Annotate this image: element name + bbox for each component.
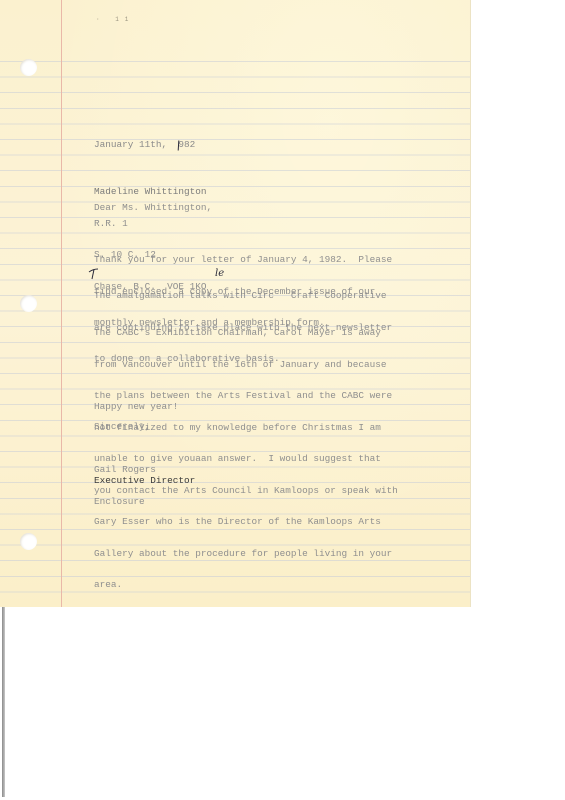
letter-body: January 11th, 1982 Madeline Whittington … bbox=[94, 0, 414, 200]
handwritten-digit-icon bbox=[177, 140, 180, 151]
paragraph-line: Thank you for your letter of January 4, … bbox=[94, 255, 392, 266]
enclosure-note: Enclosure bbox=[94, 497, 145, 508]
signer-title: Executive Director bbox=[94, 476, 195, 487]
paragraph-line: unable to give youaan answer. I would su… bbox=[94, 454, 398, 465]
margin-line bbox=[61, 0, 62, 607]
closing: Sincerely, bbox=[94, 422, 150, 433]
paragraph-line: from Vancouver until the 16th of January… bbox=[94, 360, 398, 371]
paragraph-line: Gary Esser who is the Director of the Ka… bbox=[94, 517, 398, 528]
paragraph-line: the plans between the Arts Festival and … bbox=[94, 391, 398, 402]
handwritten-paragraph-mark-icon bbox=[88, 268, 100, 280]
paragraph-line: area. bbox=[94, 580, 398, 591]
address-line: R.R. 1 bbox=[94, 219, 207, 230]
salutation: Dear Ms. Whittington, bbox=[94, 203, 212, 214]
paragraph-3: The CABC's Exhibition Chairman, Carol Ma… bbox=[94, 307, 398, 612]
punch-hole-icon bbox=[20, 59, 37, 76]
handwritten-insertion: le bbox=[215, 268, 224, 279]
greeting: Happy new year! bbox=[94, 402, 178, 413]
address-line: Madeline Whittington bbox=[94, 187, 207, 198]
date-year-text: 982 bbox=[178, 139, 195, 150]
paragraph-line: The CABC's Exhibition Chairman, Carol Ma… bbox=[94, 328, 398, 339]
paragraph-line: The amalgamation talks with Circ Craft C… bbox=[94, 291, 392, 302]
letter-date: January 11th, 1982 bbox=[94, 140, 195, 151]
lined-paper-page: · 11 January 11th, 1982 Madeline Whittin… bbox=[0, 0, 470, 607]
scan-edge-shadow bbox=[2, 607, 5, 797]
paragraph-line: Gallery about the procedure for people l… bbox=[94, 549, 398, 560]
paragraph-line: you contact the Arts Council in Kamloops… bbox=[94, 486, 398, 497]
punch-hole-icon bbox=[20, 533, 37, 550]
signer-name: Gail Rogers bbox=[94, 465, 156, 476]
date-text: January 11th, bbox=[94, 139, 173, 150]
punch-hole-icon bbox=[20, 295, 37, 312]
